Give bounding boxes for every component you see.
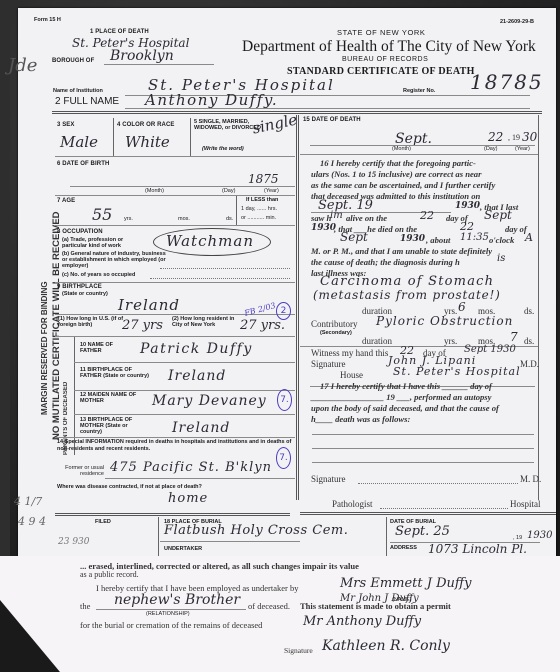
margin-note-1: 4 1/7 [14,495,42,508]
mother-name-label: 12 MAIDEN NAME OF MOTHER [80,392,140,404]
am-pm-value: A [525,231,533,244]
burial-year-value: 1930 [527,530,552,541]
full-name-value: Anthony Duffy. [145,91,278,109]
less-than-label: If LESS than [246,197,278,203]
dob-day-label: (Day) [222,188,235,194]
sex-value: Male [60,133,98,151]
dob-label: 6 DATE OF BIRTH [57,161,109,167]
saw-year-value: 1930 [311,223,336,233]
dob-month-label: (Month) [145,188,164,194]
cause-of-death-line-1: Carcinoma of Stomach [320,274,494,289]
dob-year-label: (Year) [264,188,279,194]
undertaker-signature-label: Signature [284,646,313,655]
annotation-circle-1: 2 [276,302,291,320]
notice-line-2: as a public record. [80,570,139,579]
form-number: Form 15 H [34,17,61,23]
binding-strip [0,0,10,556]
duration-2-days: 7 [510,330,518,344]
dob-year-value: 1875 [248,172,279,186]
sex-label: 3 SEX [57,122,75,128]
dod-day-value: 22 [488,130,503,144]
disease-contracted-label: Where was disease contracted, if not at … [57,484,202,490]
relationship-value: nephew's Brother [114,592,240,608]
saw-day-value: 22 [420,209,434,222]
borough-value: Brooklyn [110,48,174,64]
undertaker-signature-value: Kathleen R. Conly [322,638,450,654]
burial-for-text: for the burial or cremation of the remai… [80,620,262,630]
birthplace-value: Ireland [118,296,180,314]
died-year-value: 1930 [400,234,425,244]
died-time-value: 11:35 [460,232,489,243]
father-name-value: Patrick Duffy [140,341,253,357]
autopsy-line-2: _________________ 19 ___, performed an a… [311,392,491,402]
dod-day-label: (Day) [484,146,497,152]
nyc-duration-label: (2) How long resident in City of New Yor… [172,316,242,328]
pathologist-label: Pathologist [332,499,373,509]
autopsy-line-1: 17 I hereby certify that I have this ___… [320,381,492,391]
cause-of-death-line-2: (metastasis from prostate!) [313,288,501,302]
borough-label: BOROUGH OF [52,58,94,64]
birthplace-label: 9 BIRTHPLACE [57,284,102,290]
house-value: St. Peter's Hospital [393,365,521,378]
birthplace-hint: (State or country) [62,291,108,297]
father-birthplace-value: Ireland [168,368,226,384]
register-label: Register No. [403,88,435,94]
filed-label: FILED [95,519,111,525]
undertaker-label: UNDERTAKER [164,546,202,552]
witness-label: Witness my hand this [311,348,388,358]
burial-place-value: Flatbush Holy Cross Cem. [164,523,348,538]
mother-name-value: Mary Devaney [152,393,267,409]
burial-date-value: Sept. 25 [395,524,450,539]
autopsy-line-3: upon the body of said deceased, and that… [311,403,499,413]
saw-pronoun-value: im [330,210,343,221]
age-label: 7 AGE [57,198,75,204]
address-label: ADDRESS [390,545,417,551]
dod-year-value: 30 [522,130,537,144]
autopsy-line-4: h____ death was as follows: [311,414,410,424]
annotation-circle-2: 7. [277,389,292,411]
column-divider [296,115,299,500]
institution-label: Name of Institution [53,88,103,94]
dod-label: 15 DATE OF DEATH [303,117,361,123]
less-than-hours: 1 day, ...... hrs. [241,206,277,212]
mother-birthplace-label: 13 BIRTHPLACE OF MOTHER (State or countr… [80,417,150,435]
saw-month-value: Sept [484,208,512,222]
address-value: 1073 Lincoln Pl. [428,542,527,556]
filed-value: 23 930 [58,537,90,547]
special-info-label: 14 Special INFORMATION required in death… [57,439,292,452]
margin-mutilated-text: NO MUTILATED CERTIFICATE WILL BE RECEIVE… [51,190,62,440]
occupation-a-label: (a) Trade, profession or particular kind… [62,237,142,249]
autopsy-signature-label: Signature [311,474,346,484]
age-mos-label: mos. [178,216,190,222]
race-label: 4 COLOR OR RACE [117,122,175,128]
margin-binding-text: MARGIN RESERVED FOR BINDING [40,215,49,415]
occupation-c-label: (c) No. of years so occupied [62,272,135,278]
marital-hint: (Write the word) [202,146,244,152]
contributory-label: Contributory [311,319,358,329]
admitted-date-value: Sept. 19 [318,198,373,213]
occupation-b-label: (b) General nature of industry, business… [62,251,172,269]
age-yrs-label: yrs. [124,216,133,222]
department-title: Department of Health of The City of New … [242,38,536,56]
father-name-label: 10 NAME OF FATHER [80,342,130,354]
deceased-name-value: Mr Anthony Duffy [303,614,421,629]
died-month-value: Sept [340,230,368,244]
register-number: 18785 [470,70,544,94]
statement-text: This statement is made to obtain a permi… [300,601,451,611]
place-of-death-label: 1 PLACE OF DEATH [90,29,149,35]
duration-1-months: 6 [458,300,466,314]
age-value: 55 [92,205,112,224]
margin-initials: Jde [8,55,37,76]
admitted-year-value: 1930 [455,201,480,211]
occupation-a-value: Watchman [166,232,254,250]
disease-contracted-value: home [168,491,208,506]
father-birthplace-label: 11 BIRTHPLACE OF FATHER (State or countr… [80,367,150,379]
nyc-duration-value: 27 yrs. [240,318,285,333]
cert-line-3: as the same can be ascertained, and I fu… [311,180,495,190]
dod-year-label: (Year) [515,146,530,152]
dod-month-label: (Month) [392,146,411,152]
race-value: White [125,133,170,151]
occupation-label: 8 OCCUPATION [57,229,103,235]
mother-birthplace-value: Ireland [172,420,230,436]
us-duration-label: (1) How long in U.S. (if of foreign birt… [58,316,128,328]
age-ds-label: ds. [226,216,233,222]
cert-line-1: 16 I hereby certify that the foregoing p… [320,158,476,168]
employer-value: Mrs Emmett J Duffy [340,576,471,591]
less-than-minutes: or ........... min. [241,215,276,221]
residence-value: 475 Pacific St. B'klyn [110,460,272,475]
state-label: STATE OF NEW YORK [337,28,426,37]
form-code: 21-2609-29-B [500,19,534,25]
annotation-circle-3: 7. [276,447,291,469]
cert-line-2: ulars (Nos. 1 to 15 inclusive) are corre… [311,169,481,179]
margin-note-2: 4 9 4 [18,515,46,528]
residence-label: Former or usual residence [64,465,104,477]
us-duration-value: 27 yrs [122,318,163,333]
bureau-label: BUREAU OF RECORDS [342,56,428,63]
contributory-value: Pyloric Obstruction [376,314,513,328]
full-name-label: 2 FULL NAME [55,96,119,107]
physician-signature-label: Signature [311,359,346,369]
house-label: House [340,370,363,380]
